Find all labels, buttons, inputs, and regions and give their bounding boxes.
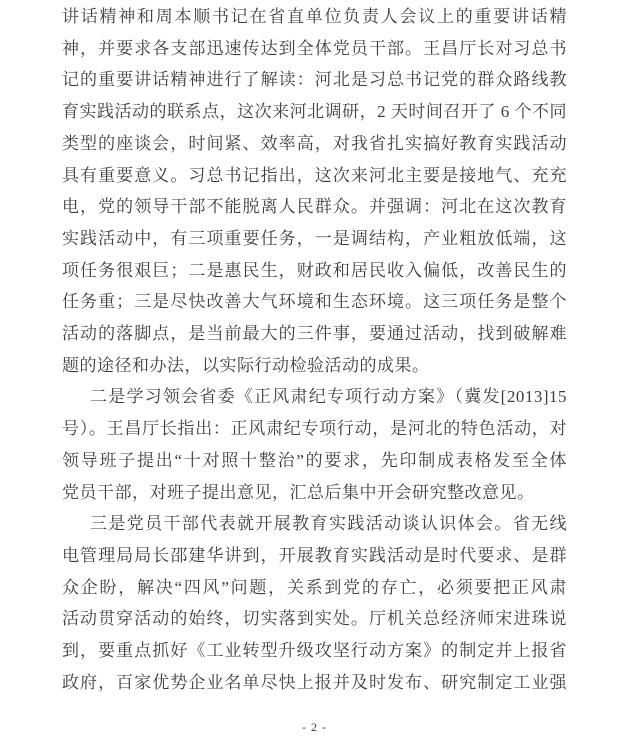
text-line: 政府，百家优势企业名单尽快上报并及时发布、研究制定工业强 [62, 667, 567, 699]
text-line: 活动贯穿活动的始终，切实落到实处。厅机关总经济师宋进珠说 [62, 603, 567, 635]
text-line: 三是党员干部代表就开展教育实践活动谈认识体会。省无线 [62, 508, 567, 540]
text-line: 神，并要求各支部迅速传达到全体党员干部。王昌厅长对习总书 [62, 33, 567, 65]
text-line: 二是学习领会省委《正风肃纪专项行动方案》（冀发[2013]15 [62, 381, 567, 413]
text-line: 类型的座谈会，时间紧、效率高，对我省扎实搞好教育实践活动 [62, 128, 567, 160]
text-line: 电管理局局长邵建华讲到，开展教育实践活动是时代要求、是群 [62, 540, 567, 572]
text-line: 众企盼，解决“四风”问题，关系到党的存亡，必须要把正风肃 [62, 572, 567, 604]
text-line: 号）。王昌厅长指出：正风肃纪专项行动，是河北的特色活动，对 [62, 413, 567, 445]
text-line: 实践活动中，有三项重要任务，一是调结构，产业粗放低端，这 [62, 223, 567, 255]
text-line: 电，党的领导干部不能脱离人民群众。并强调：河北在这次教育 [62, 191, 567, 223]
document-body-text: 讲话精神和周本顺书记在省直单位负责人会议上的重要讲话精神，并要求各支部迅速传达到… [62, 1, 567, 698]
text-line: 记的重要讲话精神进行了解读：河北是习总书记党的群众路线教 [62, 64, 567, 96]
page-number: - 2 - [0, 720, 629, 735]
text-line: 党员干部，对班子提出意见，汇总后集中开会研究整改意见。 [62, 477, 567, 509]
text-line: 题的途径和办法，以实际行动检验活动的成果。 [62, 350, 567, 382]
text-line: 到，要重点抓好《工业转型升级攻坚行动方案》的制定并上报省 [62, 635, 567, 667]
text-line: 领导班子提出“十对照十整治”的要求，先印制成表格发至全体 [62, 445, 567, 477]
document-page: 讲话精神和周本顺书记在省直单位负责人会议上的重要讲话精神，并要求各支部迅速传达到… [0, 0, 629, 750]
text-line: 具有重要意义。习总书记指出，这次来河北主要是接地气、充充 [62, 160, 567, 192]
text-line: 活动的落脚点，是当前最大的三件事，要通过活动，找到破解难 [62, 318, 567, 350]
text-line: 项任务很艰巨；二是惠民生，财政和居民收入偏低，改善民生的 [62, 255, 567, 287]
text-line: 育实践活动的联系点，这次来河北调研，2 天时间召开了 6 个不同 [62, 96, 567, 128]
text-line: 任务重；三是尽快改善大气环境和生态环境。这三项任务是整个 [62, 286, 567, 318]
text-line: 讲话精神和周本顺书记在省直单位负责人会议上的重要讲话精 [62, 1, 567, 33]
